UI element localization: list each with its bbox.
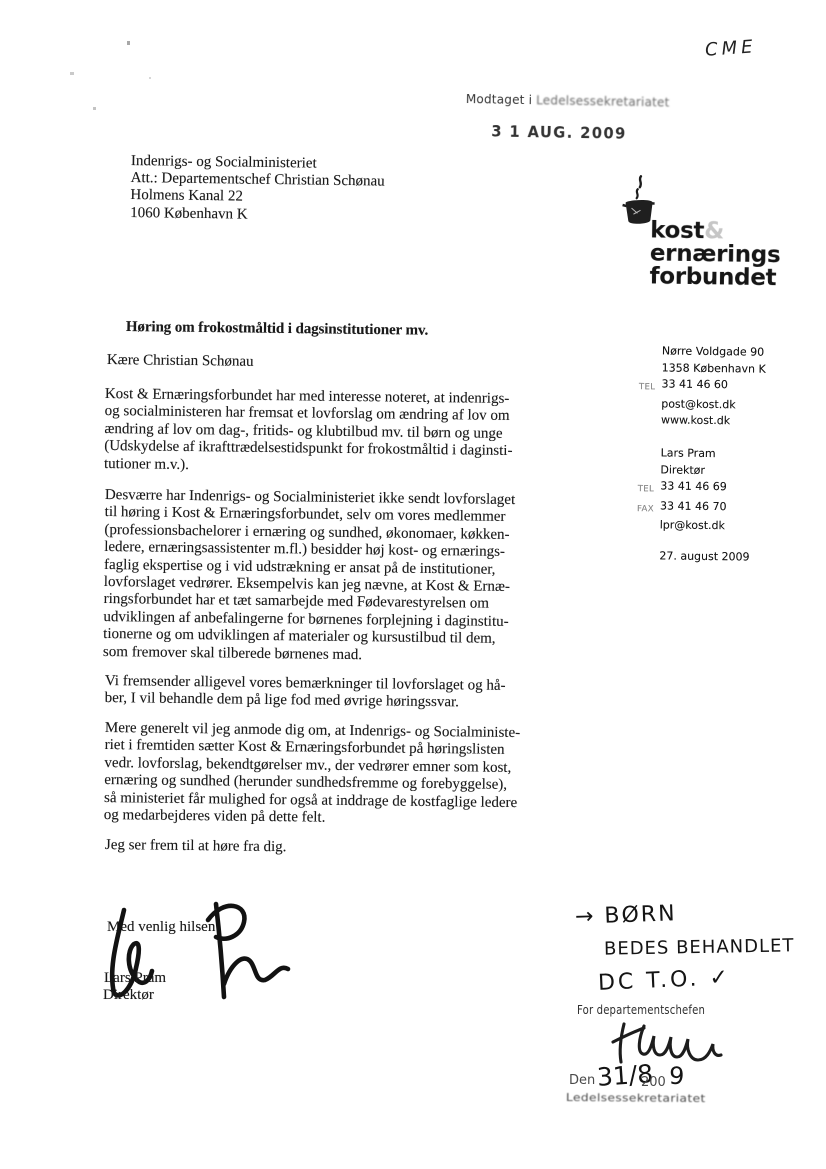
organization-logo: kost& ernærings forbundet (620, 174, 802, 307)
sender-phone: 33 41 46 60 (661, 377, 728, 397)
secretariat-stamp: Ledelsessekretariatet (566, 1091, 706, 1105)
sender-contact-block: Nørre Voldgade 90 1358 København K TEL33… (625, 343, 766, 566)
contact-fax: 33 41 46 70 (660, 498, 727, 518)
recipient-line: 1060 København K (130, 205, 384, 226)
body-paragraph-2: Desværre har Indenrigs- og Socialministe… (103, 487, 585, 667)
contact-title: Direktør (660, 462, 705, 479)
logo-wordmark: kost& ernærings forbundet (649, 219, 780, 290)
contact-name: Lars Pram (661, 445, 716, 462)
contact-email: lpr@kost.dk (660, 518, 725, 535)
signature-title: Direktør (103, 987, 154, 1004)
sender-street: Nørre Voldgade 90 (662, 343, 764, 361)
sender-city: 1358 København K (662, 360, 766, 378)
den-stamp-label: Den (569, 1073, 595, 1088)
received-stamp: Modtaget i Ledelsessekretariatet 3 1 AUG… (465, 92, 669, 144)
year-prefix-stamp: 200 (641, 1075, 666, 1090)
scan-speck (149, 77, 151, 79)
subject-line: Høring om frokostmåltid i dagsinstitutio… (126, 319, 428, 340)
tel-label: TEL (626, 478, 660, 498)
handwritten-note-born: → BØRN (575, 901, 677, 930)
sender-email: post@kost.dk (661, 396, 736, 414)
sender-website: www.kost.dk (661, 413, 730, 430)
fax-label: FAX (626, 498, 660, 518)
handwritten-year-digit: 9 (668, 1062, 685, 1091)
signature-name: Lars Pram (104, 970, 166, 987)
received-date-stamp: 3 1 AUG. 2009 (491, 121, 655, 143)
recipient-address: Indenrigs- og Socialministeriet Att.: De… (130, 153, 385, 225)
body-paragraph-1: Kost & Ernæringsforbundet har med intere… (104, 386, 585, 479)
body-paragraph-5: Jeg ser frem til at høre fra dig. (105, 837, 585, 860)
scan-speck (70, 72, 74, 75)
received-stamp-text: Modtaget i Ledelsessekretariatet (466, 92, 670, 110)
for-departementschefen-stamp: For departementschefen (577, 1003, 705, 1017)
scanned-letter-page: CME Modtaget i Ledelsessekretariatet 3 1… (0, 0, 826, 1169)
scan-speck (93, 107, 96, 110)
scan-speck (127, 41, 130, 45)
body-paragraph-3: Vi fremsender alligevel vores bemærkning… (105, 673, 585, 714)
handwritten-initials-cme: CME (704, 36, 757, 61)
body-paragraph-4: Mere generelt vil jeg anmode dig om, at … (104, 720, 585, 830)
handwritten-note-dc-to: DC T.O. ✓ (598, 965, 732, 996)
letter-date: 27. august 2009 (659, 548, 749, 566)
tel-label: TEL (627, 376, 661, 396)
contact-phone: 33 41 46 69 (660, 479, 727, 499)
salutation: Kære Christian Schønau (107, 352, 254, 371)
handwritten-note-bedes-behandlet: BEDES BEHANDLET (604, 935, 795, 959)
